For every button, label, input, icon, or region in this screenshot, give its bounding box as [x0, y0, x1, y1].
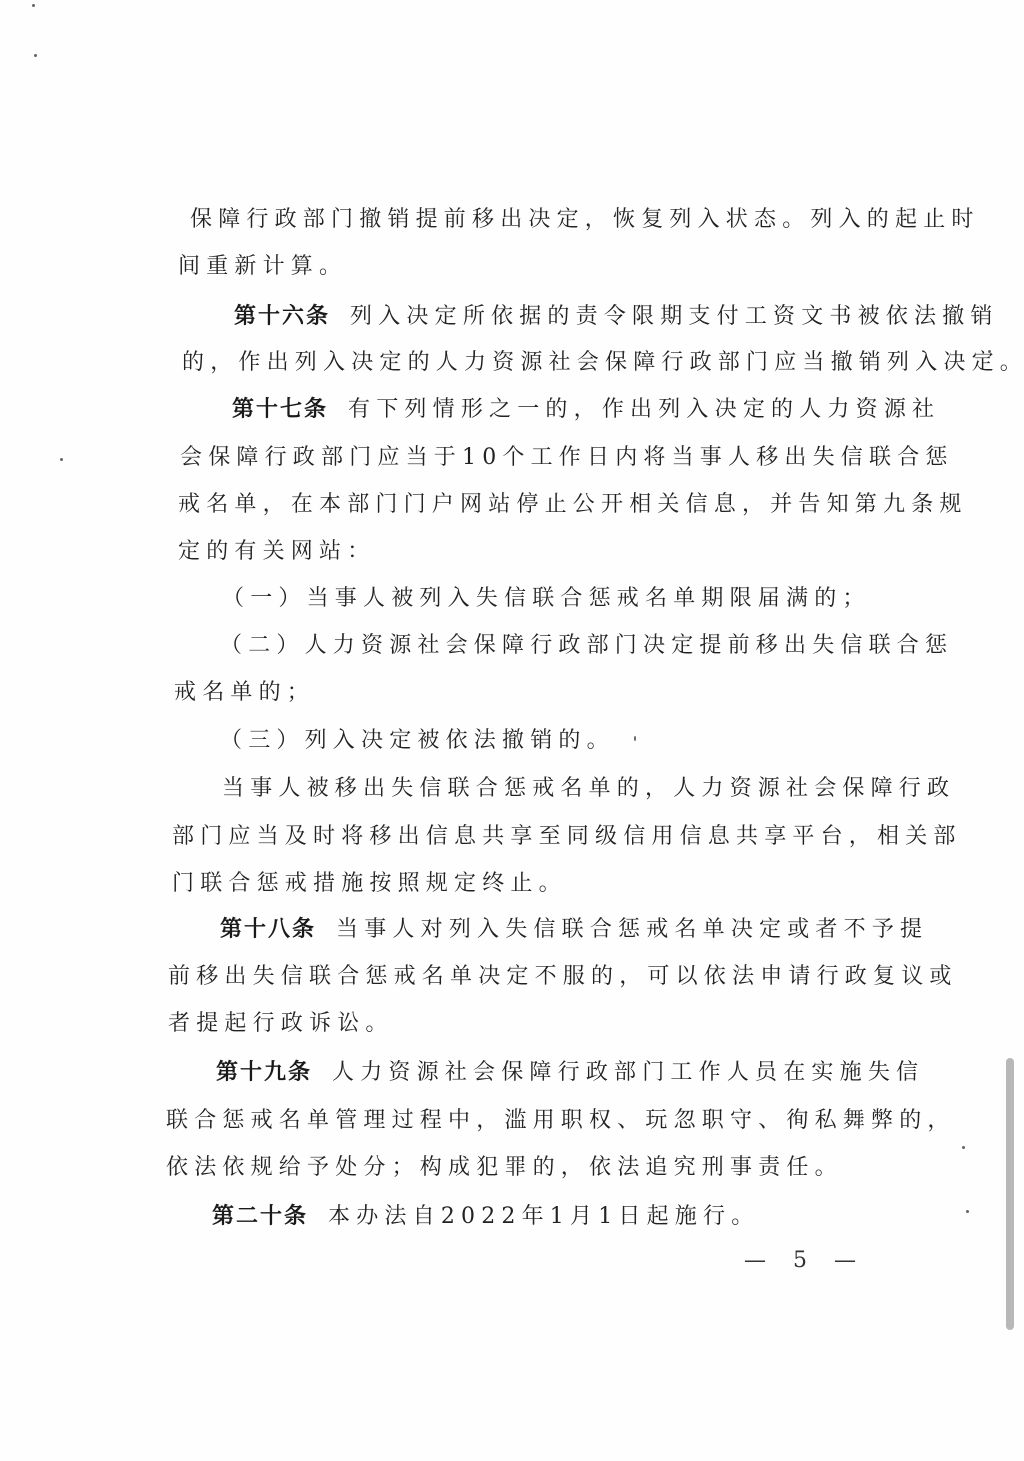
text-line: 的，作出列入决定的人力资源社会保障行政部门应当撤销列入决定。 [182, 348, 1024, 378]
line-text: 有下列情形之一的，作出列入决定的人力资源社 [348, 397, 940, 422]
article-heading: 第十六条 [234, 304, 330, 329]
scan-speck [966, 1210, 969, 1213]
list-item: （一）当事人被列入失信联合惩戒名单期限届满的； [222, 584, 871, 614]
line-text: （三）列入决定被依法撤销的。 [220, 728, 615, 753]
scrollbar-thumb[interactable] [1006, 1058, 1014, 1330]
text-line: 保障行政部门撤销提前移出决定，恢复列入状态。列入的起止时 [190, 205, 980, 235]
article-20: 第二十条本办法自2022年1月1日起施行。 [212, 1202, 759, 1232]
line-text: 当事人对列入失信联合惩戒名单决定或者不予提 [336, 917, 928, 942]
line-text: 会保障行政部门应当于10个工作日内将当事人移出失信联合惩 [180, 445, 954, 470]
article-17: 第十七条有下列情形之一的，作出列入决定的人力资源社 [232, 395, 940, 425]
scan-speck [962, 1146, 965, 1149]
line-text: 的，作出列入决定的人力资源社会保障行政部门应当撤销列入决定。 [182, 350, 1024, 375]
text-line: 依法依规给予处分；构成犯罪的，依法追究刑事责任。 [166, 1153, 843, 1183]
line-text: 部门应当及时将移出信息共享至同级信用信息共享平台，相关部 [172, 824, 962, 849]
line-text: 依法依规给予处分；构成犯罪的，依法追究刑事责任。 [166, 1155, 843, 1180]
line-text: 当事人被移出失信联合惩戒名单的，人力资源社会保障行政 [222, 776, 955, 801]
line-text: 戒名单的； [174, 680, 315, 705]
article-heading: 第十七条 [232, 397, 328, 422]
text-line: 联合惩戒名单管理过程中，滥用职权、玩忽职守、徇私舞弊的， [166, 1106, 956, 1136]
line-text: 定的有关网站： [178, 539, 375, 564]
scan-speck [60, 458, 63, 461]
line-text: 门联合惩戒措施按照规定终止。 [172, 871, 567, 896]
line-text: 戒名单，在本部门门户网站停止公开相关信息，并告知第九条规 [178, 492, 968, 517]
scan-speck [988, 350, 991, 353]
line-text: 人力资源社会保障行政部门工作人员在实施失信 [332, 1060, 924, 1085]
text-line: 部门应当及时将移出信息共享至同级信用信息共享平台，相关部 [172, 822, 962, 852]
line-text: 者提起行政诉讼。 [168, 1011, 394, 1036]
article-16: 第十六条列入决定所依据的责令限期支付工资文书被依法撤销 [234, 302, 999, 332]
text-line: 间重新计算。 [178, 252, 347, 282]
text-line: 当事人被移出失信联合惩戒名单的，人力资源社会保障行政 [222, 774, 955, 804]
line-text: 前移出失信联合惩戒名单决定不服的，可以依法申请行政复议或 [168, 964, 958, 989]
list-item: （三）列入决定被依法撤销的。 [220, 726, 615, 756]
article-18: 第十八条当事人对列入失信联合惩戒名单决定或者不予提 [220, 915, 928, 945]
article-heading: 第十九条 [216, 1060, 312, 1085]
vertical-scrollbar[interactable] [1004, 1050, 1016, 1330]
text-line: 前移出失信联合惩戒名单决定不服的，可以依法申请行政复议或 [168, 962, 958, 992]
text-line: 门联合惩戒措施按照规定终止。 [172, 869, 567, 899]
line-text: （二）人力资源社会保障行政部门决定提前移出失信联合惩 [220, 633, 953, 658]
line-text: 联合惩戒名单管理过程中，滥用职权、玩忽职守、徇私舞弊的， [166, 1108, 956, 1133]
article-heading: 第二十条 [212, 1204, 308, 1229]
text-line: 定的有关网站： [178, 537, 375, 567]
article-19: 第十九条人力资源社会保障行政部门工作人员在实施失信 [216, 1058, 924, 1088]
scan-speck [634, 736, 636, 741]
line-text: 列入决定所依据的责令限期支付工资文书被依法撤销 [350, 304, 999, 329]
scan-speck [34, 54, 37, 57]
line-text: 本办法自2022年1月1日起施行。 [328, 1204, 759, 1229]
list-item: （二）人力资源社会保障行政部门决定提前移出失信联合惩 [220, 631, 953, 661]
line-text: 保障行政部门撤销提前移出决定，恢复列入状态。列入的起止时 [190, 207, 980, 232]
text-line: 会保障行政部门应当于10个工作日内将当事人移出失信联合惩 [180, 443, 954, 473]
line-text: 间重新计算。 [178, 254, 347, 279]
page-number: — 5 — [744, 1248, 866, 1273]
scan-speck [32, 4, 35, 7]
document-page: 保障行政部门撤销提前移出决定，恢复列入状态。列入的起止时 间重新计算。 第十六条… [0, 0, 1024, 1461]
line-text: （一）当事人被列入失信联合惩戒名单期限届满的； [222, 586, 871, 611]
text-line: 戒名单，在本部门门户网站停止公开相关信息，并告知第九条规 [178, 490, 968, 520]
article-heading: 第十八条 [220, 917, 316, 942]
text-line: 戒名单的； [174, 678, 315, 708]
text-line: 者提起行政诉讼。 [168, 1009, 394, 1039]
